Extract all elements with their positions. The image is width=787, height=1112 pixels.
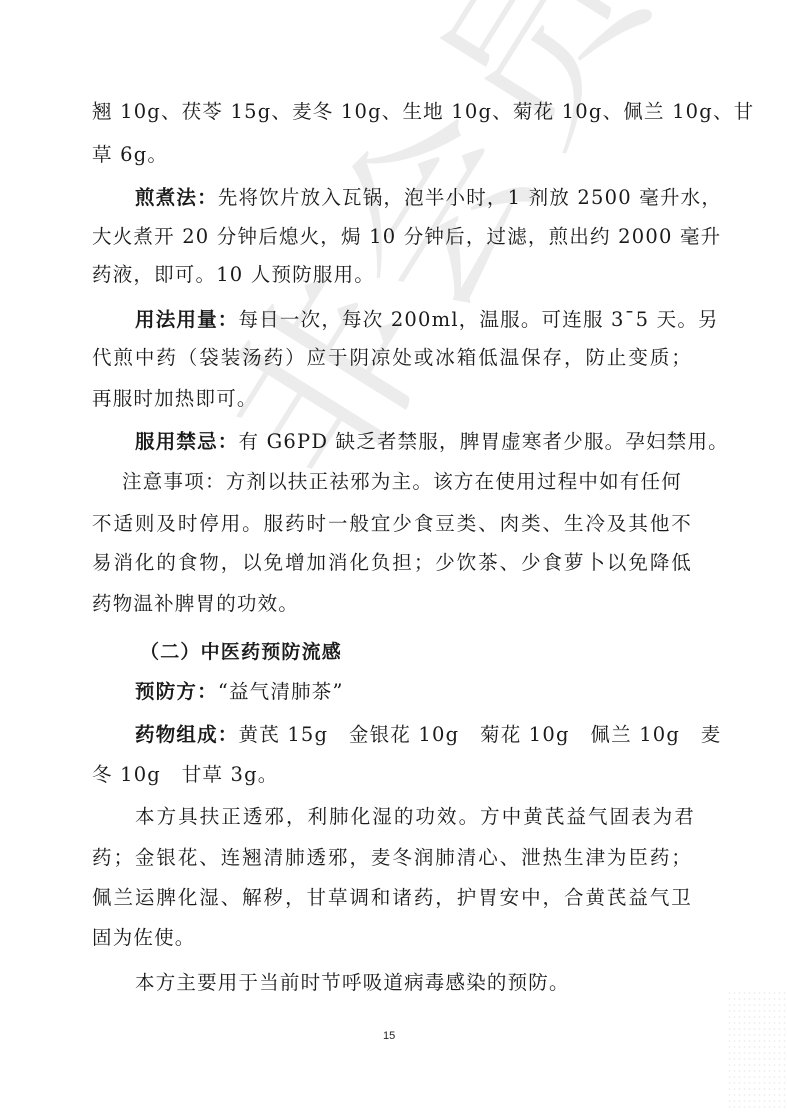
line-text: 冬 10g 甘草 3g。 <box>92 763 278 786</box>
text-line: 药物温补脾胃的功效。 <box>92 589 692 619</box>
text-line: 本方主要用于当前时节呼吸道病毒感染的预防。 <box>135 968 695 998</box>
line-text: 大火煮开 20 分钟后熄火，焗 10 分钟后，过滤，煎出约 2000 毫升 <box>92 225 721 248</box>
text-line: 翘 10g、茯苓 15g、麦冬 10g、生地 10g、菊花 10g、佩兰 10g… <box>92 97 692 127</box>
line-text: 本方主要用于当前时节呼吸道病毒感染的预防。 <box>135 971 570 994</box>
line-text: 药物温补脾胃的功效。 <box>92 592 299 615</box>
text-line: 草 6g。 <box>92 140 692 170</box>
text-line: 代煎中药（袋装汤药）应于阴凉处或冰箱低温保存，防止变质； <box>92 343 692 373</box>
line-text: 药；金银花、连翘清肺透邪，麦冬润肺清心、泄热生津为臣药； <box>92 846 692 869</box>
line-text: 本方具扶正透邪，利肺化湿的功效。方中黄芪益气固表为君 <box>135 805 695 828</box>
text-line: 煎煮法：先将饮片放入瓦锅，泡半小时，1 剂放 2500 毫升水， <box>135 183 695 213</box>
text-line: 药；金银花、连翘清肺透邪，麦冬润肺清心、泄热生津为臣药； <box>92 843 692 873</box>
line-text: “益气清肺茶” <box>218 680 344 703</box>
text-line: 再服时加热即可。 <box>92 384 692 414</box>
text-line: 本方具扶正透邪，利肺化湿的功效。方中黄芪益气固表为君 <box>135 802 695 832</box>
line-text: 固为佐使。 <box>92 926 196 949</box>
text-line: 服用禁忌：有 G6PD 缺乏者禁服，脾胃虚寒者少服。孕妇禁用。 <box>135 427 695 457</box>
text-line: 药液，即可。10 人预防服用。 <box>92 260 692 290</box>
line-text: 佩兰运脾化湿、解秽，甘草调和诸药，护胃安中，合黄芪益气卫 <box>92 886 692 909</box>
field-label: 预防方： <box>135 680 218 703</box>
text-line: 固为佐使。 <box>92 923 692 953</box>
line-text: 翘 10g、茯苓 15g、麦冬 10g、生地 10g、菊花 10g、佩兰 10g… <box>92 100 754 123</box>
text-line: 冬 10g 甘草 3g。 <box>92 760 692 790</box>
field-label: 药物组成： <box>135 723 239 746</box>
field-label: 服用禁忌： <box>135 430 239 453</box>
line-text: 不适则及时停用。服药时一般宜少食豆类、肉类、生冷及其他不 <box>92 512 692 535</box>
text-line: 大火煮开 20 分钟后熄火，焗 10 分钟后，过滤，煎出约 2000 毫升 <box>92 222 692 252</box>
text-line: 注意事项：方剂以扶正祛邪为主。该方在使用过程中如有任何 <box>122 467 682 497</box>
text-line: 药物组成：黄芪 15g 金银花 10g 菊花 10g 佩兰 10g 麦 <box>135 720 695 750</box>
line-text: 每日一次，每次 200ml，温服。可连服 3¯5 天。另 <box>239 308 719 331</box>
line-text: 注意事项：方剂以扶正祛邪为主。该方在使用过程中如有任何 <box>122 470 682 493</box>
page-number: 15 <box>383 1030 413 1042</box>
line-text: 易消化的食物，以免增加消化负担；少饮茶、少食萝卜以免降低 <box>92 551 692 574</box>
line-text: 黄芪 15g 金银花 10g 菊花 10g 佩兰 10g 麦 <box>239 723 722 746</box>
section-heading: （二）中医药预防流感 <box>140 637 740 667</box>
text-line: 用法用量：每日一次，每次 200ml，温服。可连服 3¯5 天。另 <box>135 305 695 335</box>
text-line: 易消化的食物，以免增加消化负担；少饮茶、少食萝卜以免降低 <box>92 548 692 578</box>
text-line: 不适则及时停用。服药时一般宜少食豆类、肉类、生冷及其他不 <box>92 509 692 539</box>
line-text: 代煎中药（袋装汤药）应于阴凉处或冰箱低温保存，防止变质； <box>92 346 692 369</box>
line-text: 先将饮片放入瓦锅，泡半小时，1 剂放 2500 毫升水， <box>218 186 722 209</box>
line-text: 有 G6PD 缺乏者禁服，脾胃虚寒者少服。孕妇禁用。 <box>239 430 729 453</box>
text-line: 佩兰运脾化湿、解秽，甘草调和诸药，护胃安中，合黄芪益气卫 <box>92 883 692 913</box>
scan-noise <box>727 990 787 1112</box>
line-text: 再服时加热即可。 <box>92 387 258 410</box>
field-label: 煎煮法： <box>135 186 218 209</box>
field-label: 用法用量： <box>135 308 239 331</box>
line-text: 草 6g。 <box>92 143 168 166</box>
line-text: 药液，即可。10 人预防服用。 <box>92 263 375 286</box>
document-page: 非会员水印 翘 10g、茯苓 15g、麦冬 10g、生地 10g、菊花 10g、… <box>0 0 787 1112</box>
text-line: 预防方：“益气清肺茶” <box>135 677 695 707</box>
